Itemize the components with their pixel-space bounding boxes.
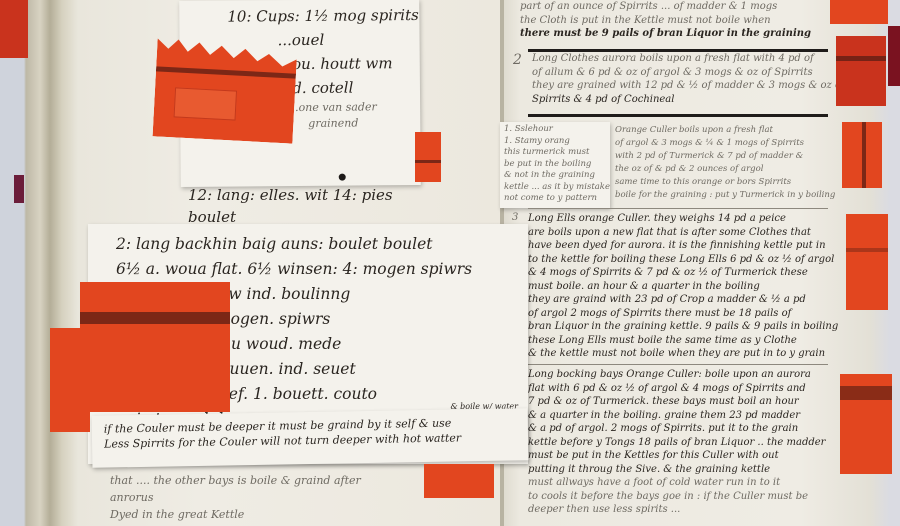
- text-line: & 4 mogs of Spirrits & 7 pd & oz ½ of Tu…: [528, 266, 842, 280]
- section-number: 3: [512, 212, 518, 223]
- text-line: the Cloth is put in the Kettle must not …: [520, 14, 830, 28]
- text-line: & not in the graining: [504, 170, 606, 182]
- text-line: 1. Sslehour: [504, 124, 606, 136]
- text-line: kettle ... as it by mistake: [504, 182, 606, 194]
- fabric-swatch-small-top-center: [415, 132, 441, 182]
- sidebar-pasted-note: 1. Sslehour 1. Stamy orang this turmeric…: [500, 122, 610, 208]
- right-page-section-3: 3 Long Ells orange Culler. they weighs 1…: [512, 212, 842, 361]
- fabric-stripe: [862, 122, 866, 188]
- text-line: Long Ells orange Culler. they weighs 14 …: [528, 212, 842, 226]
- text-line: bran Liquor in the graining kettle. 9 pa…: [528, 320, 842, 334]
- text-line: must be put in the Kettles for this Cull…: [528, 449, 838, 463]
- text-line: 1. Stamy orang: [504, 136, 606, 148]
- text-line: Dyed in the great Kettle: [110, 506, 361, 523]
- text-line: must allways have a foot of cold water r…: [528, 476, 838, 490]
- text-line: the oz of & pd & 2 ounces of argol: [615, 163, 840, 176]
- text-line: & a quarter in the boiling. graine them …: [528, 409, 838, 423]
- text-line: these Long Ells must boile the same time…: [528, 334, 842, 348]
- text-line: putting it throug the Sive. & the graini…: [528, 463, 838, 477]
- right-page-section-top: part of an ounce of Spirrits ... of madd…: [520, 0, 830, 41]
- text-line: boile for the graining : put y Turmerick…: [615, 189, 840, 202]
- fabric-stripe: [840, 386, 892, 400]
- fabric-swatch-right-2: [836, 36, 886, 106]
- text-line: that .... the other bays is boile & grai…: [110, 472, 361, 489]
- divider-rule: [528, 114, 828, 117]
- fabric-swatch-right-dark-edge: [888, 26, 900, 86]
- text-line: Orange Culler boils upon a fresh flat: [615, 124, 840, 137]
- text-line: this turmerick must: [504, 147, 606, 159]
- text-line: same time to this orange or bors Spirrit…: [615, 176, 840, 189]
- right-page-section-4: Long bocking bays Orange Culler: boile u…: [528, 368, 838, 517]
- text-line: have been dyed for aurora. it is the fin…: [528, 239, 842, 253]
- fabric-swatch-right-1: [830, 0, 888, 24]
- fabric-stripe: [156, 66, 296, 78]
- fabric-stripe: [80, 312, 230, 324]
- fabric-stripe: [846, 248, 888, 252]
- fabric-swatch-large: [80, 282, 230, 412]
- text-line: with 2 pd of Turmerick & 7 pd of madder …: [615, 150, 840, 163]
- fabric-swatch-bottom-center: [424, 464, 494, 498]
- text-line: 10: Cups: 1½ mog spirits: [227, 3, 419, 29]
- text-line: deeper then use less spirits ...: [528, 503, 838, 517]
- divider-rule: [528, 208, 828, 209]
- text-line: of argol 2 mogs of Spirrits there must b…: [528, 307, 842, 321]
- fabric-swatch-right-5: [840, 374, 892, 474]
- text-line: they are grained with 12 pd & ½ of madde…: [532, 79, 830, 93]
- fabric-swatch-right-4: [846, 214, 888, 310]
- text-line: Spirrits & 4 pd of Cochineal: [532, 93, 830, 107]
- right-page-section-1: Orange Culler boils upon a fresh flat of…: [615, 124, 840, 202]
- text-line: Long bocking bays Orange Culler: boile u…: [528, 368, 838, 382]
- text-line: to the kettle for boiling these Long Ell…: [528, 253, 842, 267]
- text-line: 2: lang backhin baig auns: boulet boulet: [116, 232, 528, 257]
- text-line: Long Clothes aurora boils upon a fresh f…: [532, 52, 830, 66]
- section-number: 2: [513, 52, 522, 68]
- text-line: to cools it before the bays goe in : if …: [528, 490, 838, 504]
- center-note-footer: if the Couler must be deeper it must be …: [92, 408, 529, 468]
- fabric-tab: [174, 87, 237, 120]
- right-page-section-2: 2 Long Clothes aurora boils upon a fresh…: [510, 52, 830, 106]
- text-line: they are graind with 23 pd of Crop a mad…: [528, 293, 842, 307]
- ink-dot: [339, 174, 346, 181]
- text-line: 6½ a. woua flat. 6½ winsen: 4: mogen spi…: [116, 257, 528, 282]
- text-line: & a pd of argol. 2 mogs of Spirrits. put…: [528, 422, 838, 436]
- text-line: part of an ounce of Spirrits ... of madd…: [520, 0, 830, 14]
- text-line: not come to y pattern: [504, 193, 606, 205]
- fabric-stripe: [415, 160, 441, 163]
- text-line: be put in the boiling: [504, 159, 606, 171]
- fabric-stripe: [836, 56, 886, 61]
- left-page-text: 12: lang: elles. wit 14: pies boulet: [188, 184, 393, 228]
- text-line: 12: lang: elles. wit 14: pies: [188, 184, 393, 206]
- text-line: are boils upon a new flat that is after …: [528, 226, 842, 240]
- divider-rule: [528, 364, 828, 365]
- fabric-swatch-right-3: [842, 122, 882, 188]
- text-line: & the kettle must not boile when they ar…: [528, 347, 842, 361]
- fabric-swatch-top-left-edge: [0, 0, 28, 58]
- text-line: ...ouel: [227, 27, 419, 53]
- text-line: anrorus: [110, 489, 361, 506]
- text-line: flat with 6 pd & oz ½ of argol & 4 mogs …: [528, 382, 838, 396]
- text-line: 7 pd & oz of Turmerick. these bays must …: [528, 395, 838, 409]
- text-line: of argol & 3 mogs & ¼ & 1 mogs of Spirri…: [615, 137, 840, 150]
- text-line: there must be 9 pails of bran Liquor in …: [520, 27, 830, 41]
- left-page-bottom-text: that .... the other bays is boile & grai…: [110, 472, 361, 523]
- purple-edge-mark: [14, 175, 24, 203]
- text-line: of allum & 6 pd & oz of argol & 3 mogs &…: [532, 66, 830, 80]
- text-line: must boile. an hour & a quarter in the b…: [528, 280, 842, 294]
- text-line: kettle before y Tongs 18 pails of bran L…: [528, 436, 838, 450]
